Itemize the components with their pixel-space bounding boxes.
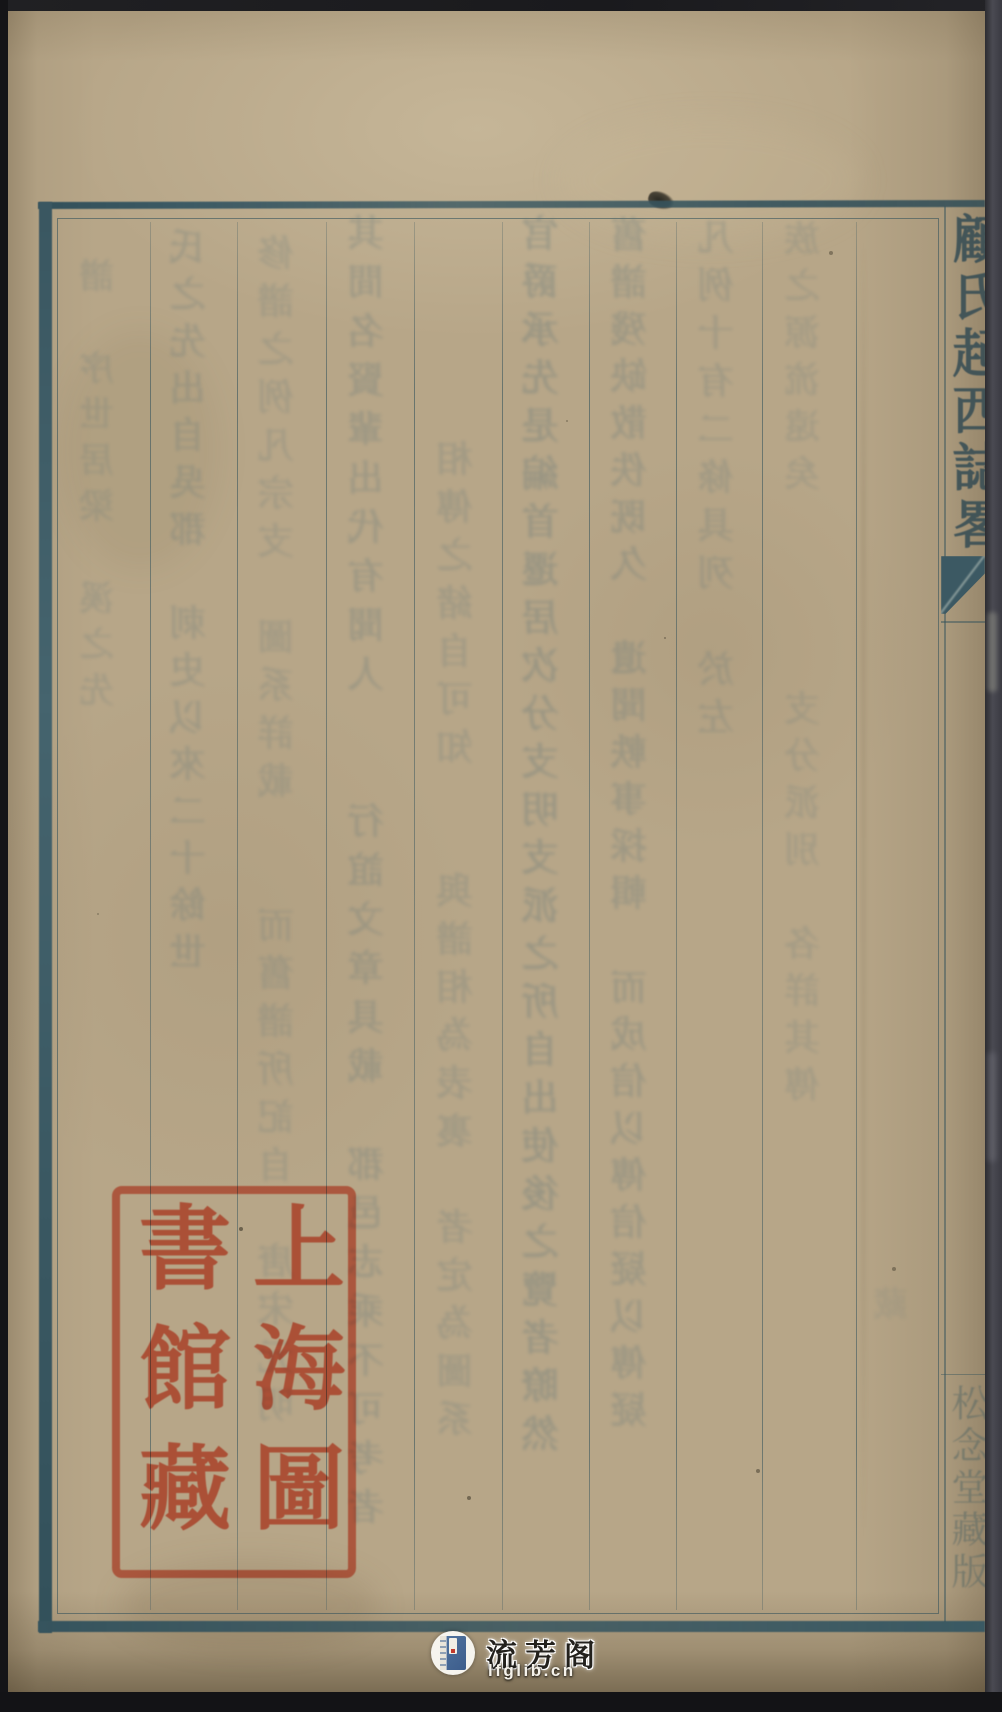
seal-right-column: 上海圖	[245, 1200, 337, 1570]
book-fore-edge-shadow	[985, 0, 1002, 1712]
scan-edge-left	[0, 0, 8, 1712]
frame-border-left	[39, 202, 52, 1633]
column-rule	[856, 222, 857, 1610]
scan-edge-top	[0, 0, 1002, 11]
column-rule	[414, 222, 415, 1610]
page-edge-glint	[988, 1052, 996, 1162]
colophon-box-rule	[941, 1374, 985, 1375]
book-binding-stitches	[440, 1636, 447, 1670]
bleed-through-column: 官爵承先是編首遷居次分支明支派之所自出使後之覽者瞭然	[526, 214, 563, 1462]
bleed-through-column: 譜 序世居梁 溪之先	[84, 258, 118, 718]
watermark-site-url: lfglib.cn	[488, 1661, 576, 1681]
page-edge-glint	[988, 612, 997, 692]
bleed-through-column: 凡例十有二條具列 於左	[700, 218, 736, 746]
watermark-logo-circle	[431, 1631, 475, 1675]
library-collection-seal: 書館藏 上海圖	[112, 1186, 356, 1578]
stitched-book-icon	[440, 1636, 466, 1670]
column-rule	[676, 222, 677, 1610]
column-rule	[502, 222, 503, 1610]
book-title-label	[449, 1638, 457, 1654]
scan-edge-bottom	[0, 1692, 1002, 1712]
bleed-through-column: 氏之先出自吳郡 刺史以來二十餘世	[172, 228, 208, 980]
bleed-through-column: 藏	[878, 1240, 912, 1378]
book-label-seal-dot	[451, 1649, 455, 1653]
fishtail-underline	[941, 621, 985, 623]
bleed-through-column: 族之源流遠矣 支分派別 各詳其傳	[787, 220, 822, 1113]
bleed-through-column: 相傳之緒自可知 與譜相為表裏 者定為圖系	[439, 392, 475, 1448]
seal-left-column: 書館藏	[131, 1200, 223, 1570]
fore-edge-colophon: 松念堂藏版	[947, 1384, 984, 1594]
column-rule	[762, 222, 763, 1610]
column-rule	[589, 222, 590, 1610]
bleed-through-column: 舊譜殘缺散佚既久 遺聞軼事採輯 而成信以傳信疑以傳疑	[613, 216, 649, 1438]
scanned-book-page: 譜 序世居梁 溪之先氏之先出自吳郡 刺史以來二十餘世修譜之例凡宗支 圖系詳載 而…	[0, 0, 1002, 1712]
